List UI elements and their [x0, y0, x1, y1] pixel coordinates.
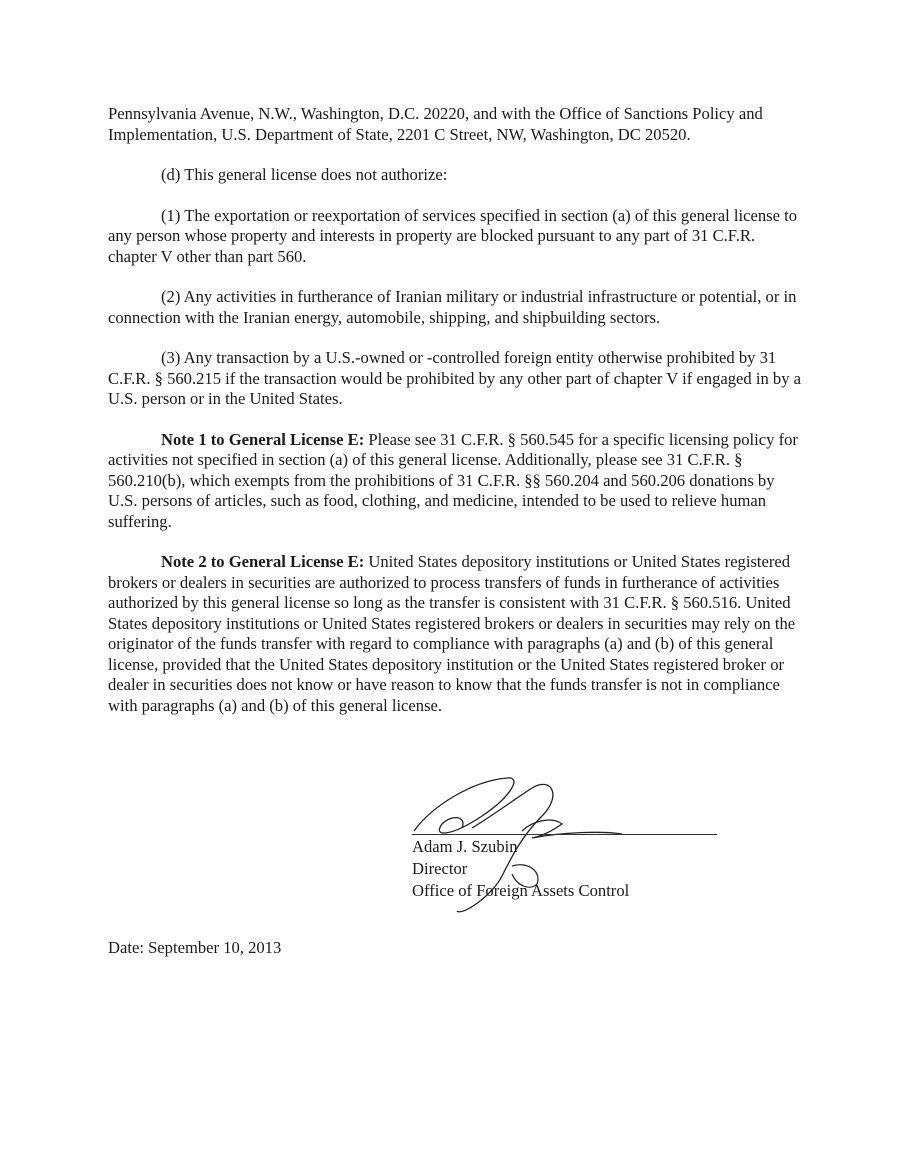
note-2: Note 2 to General License E: United Stat… [108, 552, 808, 716]
paragraph-address: Pennsylvania Avenue, N.W., Washington, D… [108, 104, 808, 145]
signatory-title: Director [412, 858, 629, 880]
signature-block: Adam J. Szubin Director Office of Foreig… [412, 776, 722, 916]
signatory-name: Adam J. Szubin [412, 836, 629, 858]
paragraph-d: (d) This general license does not author… [108, 165, 808, 186]
document-body: Pennsylvania Avenue, N.W., Washington, D… [108, 104, 808, 736]
signatory-office: Office of Foreign Assets Control [412, 880, 629, 902]
paragraph-d1: (1) The exportation or reexportation of … [108, 206, 808, 268]
signatory-info: Adam J. Szubin Director Office of Foreig… [412, 836, 629, 902]
note-2-text: United States depository institutions or… [108, 552, 795, 715]
paragraph-d2: (2) Any activities in furtherance of Ira… [108, 287, 808, 328]
document-date: Date: September 10, 2013 [108, 938, 281, 959]
paragraph-d3: (3) Any transaction by a U.S.-owned or -… [108, 348, 808, 410]
note-1-label: Note 1 to General License E: [161, 430, 364, 449]
note-2-label: Note 2 to General License E: [161, 552, 364, 571]
note-1: Note 1 to General License E: Please see … [108, 430, 808, 533]
signature-line [412, 834, 717, 835]
